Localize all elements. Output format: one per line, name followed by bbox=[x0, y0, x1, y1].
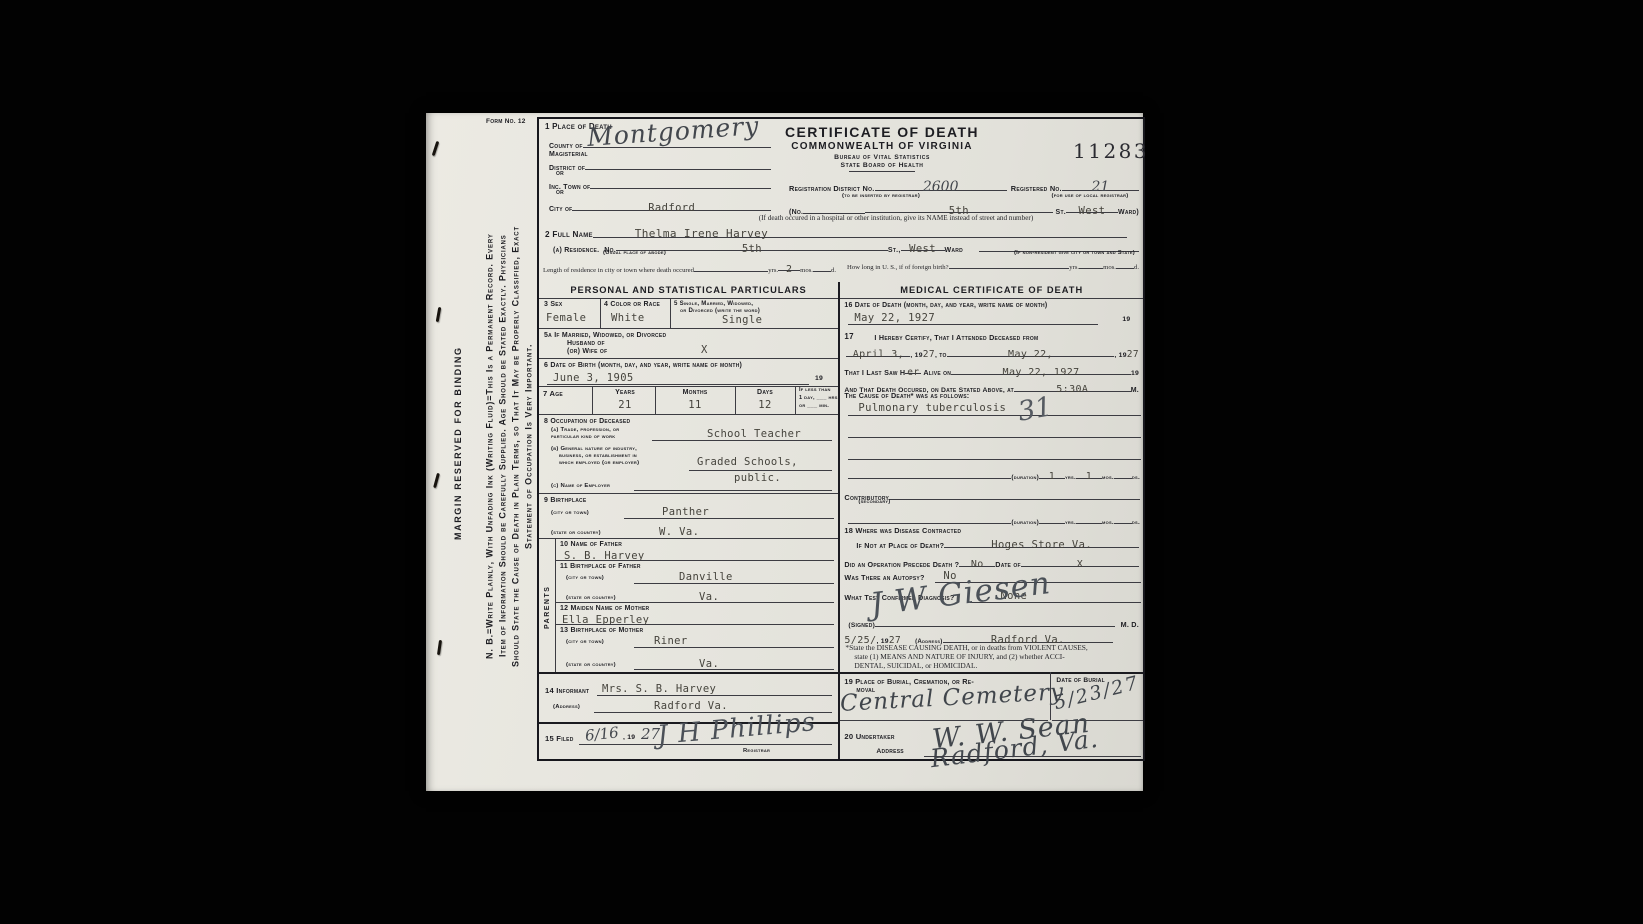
father-bp-state-label: (state or country) bbox=[566, 595, 616, 601]
operation-date-label: Date of bbox=[995, 560, 1021, 569]
occ-b-value: Graded Schools, bbox=[697, 456, 798, 468]
last-saw-row: That I Last Saw H er Alive on May 22, 19… bbox=[844, 362, 1139, 377]
dob-value: June 3, 1905 bbox=[553, 372, 634, 384]
staple-mark bbox=[433, 473, 440, 488]
how-long-us-row: How long in U. S., if of foreign birth? … bbox=[847, 259, 1139, 271]
signed-label: (Signed) bbox=[848, 622, 875, 629]
duration2-yrs-label: yrs. bbox=[1065, 519, 1076, 526]
bp-city-label: (city or town) bbox=[551, 510, 589, 516]
if-not-place-label: If Not at Place of Death? bbox=[856, 541, 944, 550]
reg-insert-note: (to be inserted by registrar) bbox=[811, 193, 951, 199]
city-row: City of Radford bbox=[549, 198, 771, 213]
cause-of-death-label: The Cause of Death* was as follows: bbox=[844, 391, 969, 400]
last-saw-19: 19 bbox=[1131, 370, 1139, 377]
form-number-label: Form No. 12 bbox=[486, 118, 526, 125]
or-label-1: or bbox=[556, 170, 564, 177]
residence-st-label: St., bbox=[888, 247, 901, 254]
mos-label: mos. bbox=[800, 267, 813, 274]
death-certificate-scan: Form No. 12 MARGIN RESERVED FOR BINDING … bbox=[426, 113, 1143, 791]
duration-mos-value: 1 bbox=[1086, 471, 1092, 482]
last-saw-date-value: May 22, 1927 bbox=[1003, 367, 1080, 378]
footnote-line-1: *State the DISEASE CAUSING DEATH, or in … bbox=[845, 643, 1087, 652]
race-value: White bbox=[611, 312, 645, 324]
operation-date-value: X bbox=[1077, 559, 1083, 570]
from-year-value: 27 bbox=[923, 349, 935, 360]
county-label: County of bbox=[549, 143, 583, 150]
attended-from-value: April 3, bbox=[853, 349, 904, 360]
rule-line bbox=[849, 171, 915, 172]
length-yrs-blank: 2 bbox=[778, 259, 800, 271]
signed-row: (Signed) M. D. bbox=[848, 614, 1139, 629]
registration-row: Registration District No. 2600 Registere… bbox=[789, 178, 1139, 193]
age-label: 7 Age bbox=[543, 389, 563, 398]
bureau-line: Bureau of Vital Statistics bbox=[737, 154, 1027, 161]
d-label: d. bbox=[831, 267, 836, 274]
ifless-label-3: or ___ min. bbox=[799, 403, 829, 409]
occ-a-label-2: particular kind of work bbox=[551, 434, 615, 440]
duration-yrs-value: 1 bbox=[1049, 471, 1055, 482]
house-no-blank bbox=[803, 202, 865, 214]
us-mos-label: mos. bbox=[1103, 264, 1116, 271]
personal-statistical-column: PERSONAL AND STATISTICAL PARTICULARS 3 S… bbox=[539, 282, 840, 759]
sex-value: Female bbox=[546, 312, 586, 324]
last-saw-label-2: Alive on bbox=[923, 368, 951, 377]
undertaker-label: 20 Undertaker bbox=[844, 732, 894, 741]
occurred-m-label: M. bbox=[1131, 387, 1139, 394]
attended-to-value: May 22, bbox=[1008, 349, 1053, 360]
months-header: Months bbox=[655, 389, 735, 396]
medical-certificate-column: MEDICAL CERTIFICATE OF DEATH 16 Date of … bbox=[840, 282, 1143, 759]
md-label: M. D. bbox=[1121, 620, 1139, 629]
length-value: 2 bbox=[786, 264, 792, 275]
secondary-label: (secondary) bbox=[858, 499, 890, 505]
margin-note-line-1: N. B.=Write Plainly, With Unfading Ink (… bbox=[483, 125, 496, 767]
duration2-mos-label: mos. bbox=[1102, 519, 1114, 526]
reg-district-label: Registration District No. bbox=[789, 184, 875, 193]
duration-label-2: (duration) bbox=[1011, 519, 1039, 526]
abode-note: (Usual place of abode) bbox=[603, 250, 666, 256]
reg-district-blank: 2600 bbox=[875, 178, 1007, 191]
dod-value: May 22, 1927 bbox=[854, 312, 935, 324]
to-label: , to bbox=[935, 352, 947, 359]
father-bp-city-value: Danville bbox=[679, 571, 733, 583]
operation-row: Did an Operation Precede Death ? No Date… bbox=[844, 554, 1139, 569]
certificate-title: CERTIFICATE OF DEATH bbox=[737, 124, 1027, 140]
operation-value: No bbox=[971, 559, 984, 570]
mother-bp-label: 13 Birthplace of Mother bbox=[560, 627, 643, 634]
registrar-label: Registrar bbox=[743, 748, 770, 754]
race-label: 4 Color or Race bbox=[604, 301, 660, 308]
or-label-2: or bbox=[556, 189, 564, 196]
ward-paren-label: Ward) bbox=[1118, 209, 1139, 216]
bp-state-label: (state or country) bbox=[551, 530, 601, 536]
informant-address-value: Radford Va. bbox=[654, 700, 728, 712]
personal-section-header: PERSONAL AND STATISTICAL PARTICULARS bbox=[539, 285, 838, 295]
full-name-row: 2 Full Name Thelma Irene Harvey bbox=[545, 224, 1127, 239]
dod-label: 16 Date of Death (month, day, and year, … bbox=[844, 302, 1047, 309]
age-days-value: 12 bbox=[735, 399, 795, 411]
margin-note-line-3: Should State the Cause of Death in Plain… bbox=[509, 125, 522, 767]
cause-code-handwritten: 31 bbox=[1016, 391, 1055, 427]
from-19-label: , 19 bbox=[910, 352, 922, 359]
footnote-line-3: DENTAL, SUICIDAL, or HOMICIDAL. bbox=[854, 661, 977, 670]
residence-ward-label: Ward bbox=[945, 247, 963, 254]
screenshot-background: Form No. 12 MARGIN RESERVED FOR BINDING … bbox=[0, 0, 1643, 924]
dob-label: 6 Date of Birth (month, day, and year, w… bbox=[544, 362, 742, 369]
informant-address-label: (Address) bbox=[553, 704, 580, 710]
informant-value: Mrs. S. B. Harvey bbox=[602, 683, 716, 695]
street-blank: 5th bbox=[865, 201, 1052, 213]
duration-row-2: (duration) yrs. mos. ds. bbox=[848, 513, 1140, 526]
mother-bp-city-label: (city or town) bbox=[566, 639, 604, 645]
occ-a-label-1: (a) Trade, profession, or bbox=[551, 427, 619, 433]
footnote-line-2: state (1) MEANS AND NATURE OF INJURY, an… bbox=[854, 652, 1064, 661]
ifless-label-1: If less than bbox=[799, 387, 831, 393]
medical-section-header: MEDICAL CERTIFICATE OF DEATH bbox=[840, 285, 1143, 295]
days-header: Days bbox=[735, 389, 795, 396]
ward-blank: West bbox=[1066, 201, 1118, 213]
inc-town-row: Inc. Town of bbox=[549, 179, 771, 191]
marital-value: Single bbox=[722, 314, 762, 326]
disease-contracted-value: Hoges Store Va. bbox=[991, 539, 1092, 551]
local-registrar-note: (for use of local registrar) bbox=[1037, 193, 1143, 199]
length-residence-label: Length of residence in city or town wher… bbox=[543, 267, 694, 274]
length-residence-row: Length of residence in city or town wher… bbox=[543, 259, 836, 274]
residence-label: (a) Residence. bbox=[553, 247, 599, 254]
undertaker-address-label: Address bbox=[876, 748, 904, 755]
parents-vertical-label: PARENTS bbox=[541, 552, 554, 662]
wife-of-label: (or) Wife of bbox=[567, 348, 607, 355]
certify-number: 17 bbox=[844, 332, 853, 341]
occ-b-label-2: business, or establishment in bbox=[559, 453, 637, 459]
title-block: CERTIFICATE OF DEATH COMMONWEALTH OF VIR… bbox=[737, 124, 1027, 169]
age-months-value: 11 bbox=[655, 399, 735, 411]
occ-c-label: (c) Name of Employer bbox=[551, 483, 610, 489]
staple-mark bbox=[437, 640, 442, 655]
cause-of-death-value: Pulmonary tuberculosis bbox=[858, 402, 1006, 414]
father-name-label: 10 Name of Father bbox=[560, 541, 622, 548]
residence-street-value: 5th bbox=[742, 243, 762, 255]
dob-19: 19 bbox=[815, 375, 823, 382]
father-bp-city-label: (city or town) bbox=[566, 575, 604, 581]
us-label: How long in U. S., if of foreign birth? bbox=[847, 264, 949, 271]
occ-b-label-3: which employed (or employer) bbox=[559, 460, 639, 466]
duration-mos-label: mos. bbox=[1102, 474, 1114, 481]
us-d-label: d. bbox=[1134, 264, 1139, 271]
certificate-number: 11283 bbox=[1073, 139, 1149, 163]
residence-ward-value: West bbox=[909, 243, 936, 255]
filed-19-label: , 19 bbox=[623, 734, 635, 741]
margin-note-line-2: Item of Information Should be Carefully … bbox=[496, 125, 509, 767]
marital-label-2: or Divorced (write the word) bbox=[680, 307, 760, 314]
residence-ward-blank: West bbox=[901, 239, 945, 251]
commonwealth-subtitle: COMMONWEALTH OF VIRGINIA bbox=[737, 141, 1027, 152]
if-not-at-place-row: If Not at Place of Death? Hoges Store Va… bbox=[856, 535, 1139, 550]
magisterial-label: Magisterial bbox=[549, 151, 588, 158]
operation-label: Did an Operation Precede Death ? bbox=[844, 560, 959, 569]
certify-label: I Hereby Certify, That I Attended Deceas… bbox=[874, 333, 1038, 342]
inc-town-blank bbox=[590, 179, 771, 189]
occurred-time-value: 5:30A bbox=[1056, 384, 1088, 395]
age-years-value: 21 bbox=[595, 399, 655, 411]
years-header: Years bbox=[595, 389, 655, 396]
duration-yrs-label: yrs. bbox=[1065, 474, 1076, 481]
occ-a-value: School Teacher bbox=[707, 428, 801, 440]
board-line: State Board of Health bbox=[737, 162, 1027, 169]
birthplace-label: 9 Birthplace bbox=[544, 497, 587, 504]
nonresident-note: (If non-resident give city or town and S… bbox=[1014, 250, 1135, 256]
mother-bp-city-value: Riner bbox=[654, 635, 688, 647]
father-bp-label: 11 Birthplace of Father bbox=[560, 563, 641, 570]
duration-row-1: (duration) 1 yrs. 1 mos. ds. bbox=[848, 466, 1140, 481]
duration-label-1: (duration) bbox=[1011, 474, 1039, 481]
bp-state-value: W. Va. bbox=[659, 526, 699, 538]
margin-note-line-4: Statement of Occupation Is Very Importan… bbox=[522, 125, 535, 767]
full-name-blank: Thelma Irene Harvey bbox=[593, 224, 1127, 238]
occ-b-label-1: (b) General nature of industry, bbox=[551, 446, 637, 452]
full-name-label: 2 Full Name bbox=[545, 230, 593, 239]
certificate-form: 1 Place of Death County of Montgomery Ma… bbox=[537, 117, 1145, 761]
mother-bp-state-label: (state or country) bbox=[566, 662, 616, 668]
registered-no-label: Registered No. bbox=[1011, 184, 1062, 193]
spouse-value: X bbox=[701, 344, 708, 356]
us-yrs-label: yrs. bbox=[1069, 264, 1079, 271]
sex-label: 3 Sex bbox=[544, 301, 562, 308]
yrs-label: yrs. bbox=[768, 267, 778, 274]
mother-name-label: 12 Maiden Name of Mother bbox=[560, 605, 649, 612]
staple-mark bbox=[436, 307, 442, 322]
last-saw-label-1: That I Last Saw H bbox=[844, 368, 905, 377]
city-label: City of bbox=[549, 206, 572, 213]
staple-mark bbox=[432, 141, 439, 156]
informant-label: 14 Informant bbox=[545, 686, 589, 695]
duration2-ds-label: ds. bbox=[1132, 519, 1140, 526]
city-value: Radford bbox=[648, 202, 695, 214]
to-19-label: , 19 bbox=[1114, 352, 1126, 359]
filed-label: 15 Filed bbox=[545, 734, 574, 743]
registered-no-blank: 21 bbox=[1062, 178, 1139, 191]
to-year-value: 27 bbox=[1127, 349, 1139, 360]
disease-contracted-label: 18 Where was Disease Contracted bbox=[844, 526, 961, 535]
bp-city-value: Panther bbox=[662, 506, 709, 518]
city-blank: Radford bbox=[572, 198, 771, 211]
duration-ds-label: ds. bbox=[1132, 474, 1140, 481]
occupation-label: 8 Occupation of Deceased bbox=[544, 418, 630, 425]
hospital-note: (If death occured in a hospital or other… bbox=[679, 214, 1113, 222]
filed-date-value: 6/16 bbox=[584, 723, 619, 744]
occ-b-value-2: public. bbox=[734, 472, 781, 484]
district-of-label: District of bbox=[549, 165, 585, 172]
last-saw-er-value: er bbox=[907, 367, 919, 378]
husband-of-label: Husband of bbox=[567, 340, 605, 347]
ifless-label-2: 1 day, ___ hrs bbox=[799, 395, 838, 401]
dod-19: 19 bbox=[1122, 316, 1130, 323]
attended-dates-row: April 3, , 19 27 , to May 22, , 19 27 bbox=[846, 344, 1139, 360]
marital-label-1: 5 Single, Married, Widowed, bbox=[674, 300, 753, 307]
margin-binding-note: MARGIN RESERVED FOR BINDING bbox=[450, 291, 466, 595]
married-widowed-label: 5a If Married, Widowed, or Divorced bbox=[544, 332, 666, 339]
